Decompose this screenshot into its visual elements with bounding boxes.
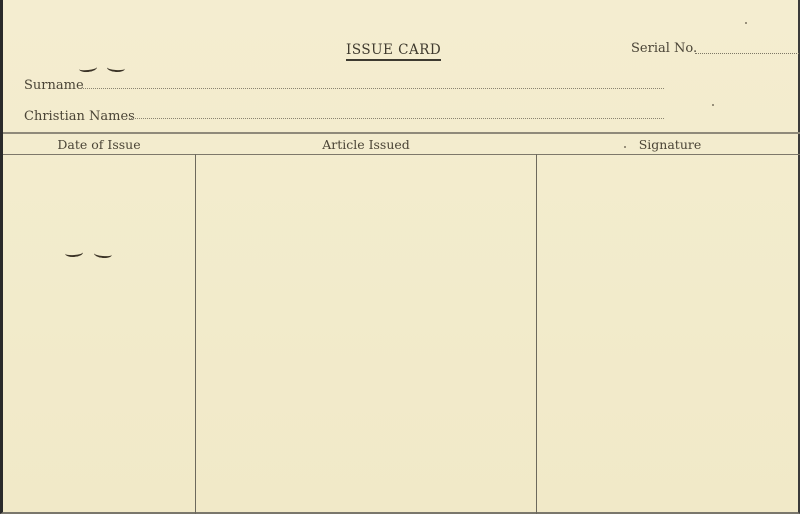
column-header-divider: [3, 154, 800, 155]
column-header-date-of-issue: Date of Issue: [3, 137, 195, 152]
header-divider: [3, 132, 800, 134]
card-title: ISSUE CARD: [346, 42, 441, 61]
pencil-mark: [94, 249, 113, 259]
pencil-mark: [107, 63, 126, 72]
serial-number-label: Serial No.: [631, 41, 697, 56]
paper-speck: [745, 22, 747, 24]
column-header-article-issued: Article Issued: [196, 137, 536, 152]
column-header-signature: Signature: [537, 137, 800, 152]
column-divider: [195, 154, 196, 514]
paper-speck: [624, 146, 626, 148]
surname-field[interactable]: [79, 88, 664, 89]
paper-speck: [712, 104, 714, 106]
surname-label: Surname: [24, 78, 84, 93]
christian-names-label: Christian Names: [24, 109, 135, 124]
serial-number-field[interactable]: [695, 53, 800, 54]
column-divider: [536, 154, 537, 514]
christian-names-field[interactable]: [129, 118, 664, 119]
pencil-mark: [65, 248, 84, 257]
pencil-mark: [79, 63, 98, 73]
issue-card: ISSUE CARD Serial No. Surname Christian …: [0, 0, 800, 514]
